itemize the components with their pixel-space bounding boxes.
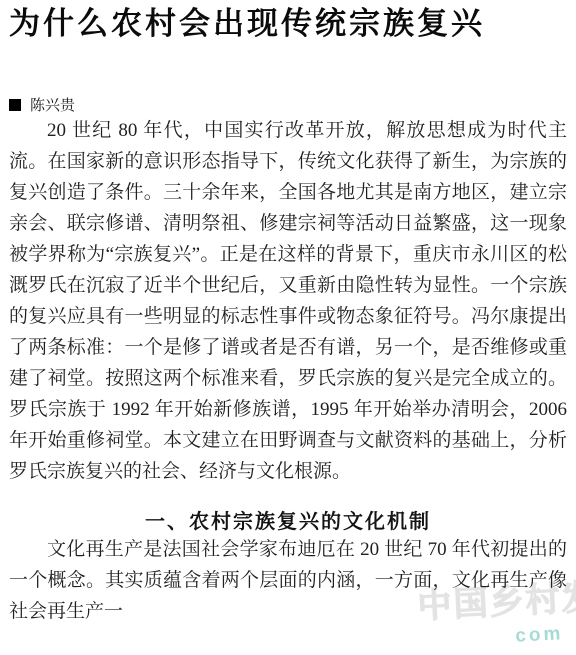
paragraph-section-one: 文化再生产是法国社会学家布迪厄在 20 世纪 70 年代初提出的一个概念。其实质… [9,534,567,627]
author-name: 陈兴贵 [30,94,75,115]
document-page: 中国乡村发现 com 为什么农村会出现传统宗族复兴 陈兴贵 20 世纪 80 年… [0,0,576,655]
article-title: 为什么农村会出现传统宗族复兴 [9,6,567,42]
author-marker-square-icon [9,99,21,111]
section-heading: 一、农村宗族复兴的文化机制 [9,510,567,534]
author-line: 陈兴贵 [9,94,567,115]
paragraph-intro: 20 世纪 80 年代，中国实行改革开放，解放思想成为时代主流。在国家新的意识形… [9,115,567,487]
article-content: 为什么农村会出现传统宗族复兴 陈兴贵 20 世纪 80 年代，中国实行改革开放，… [0,6,576,627]
